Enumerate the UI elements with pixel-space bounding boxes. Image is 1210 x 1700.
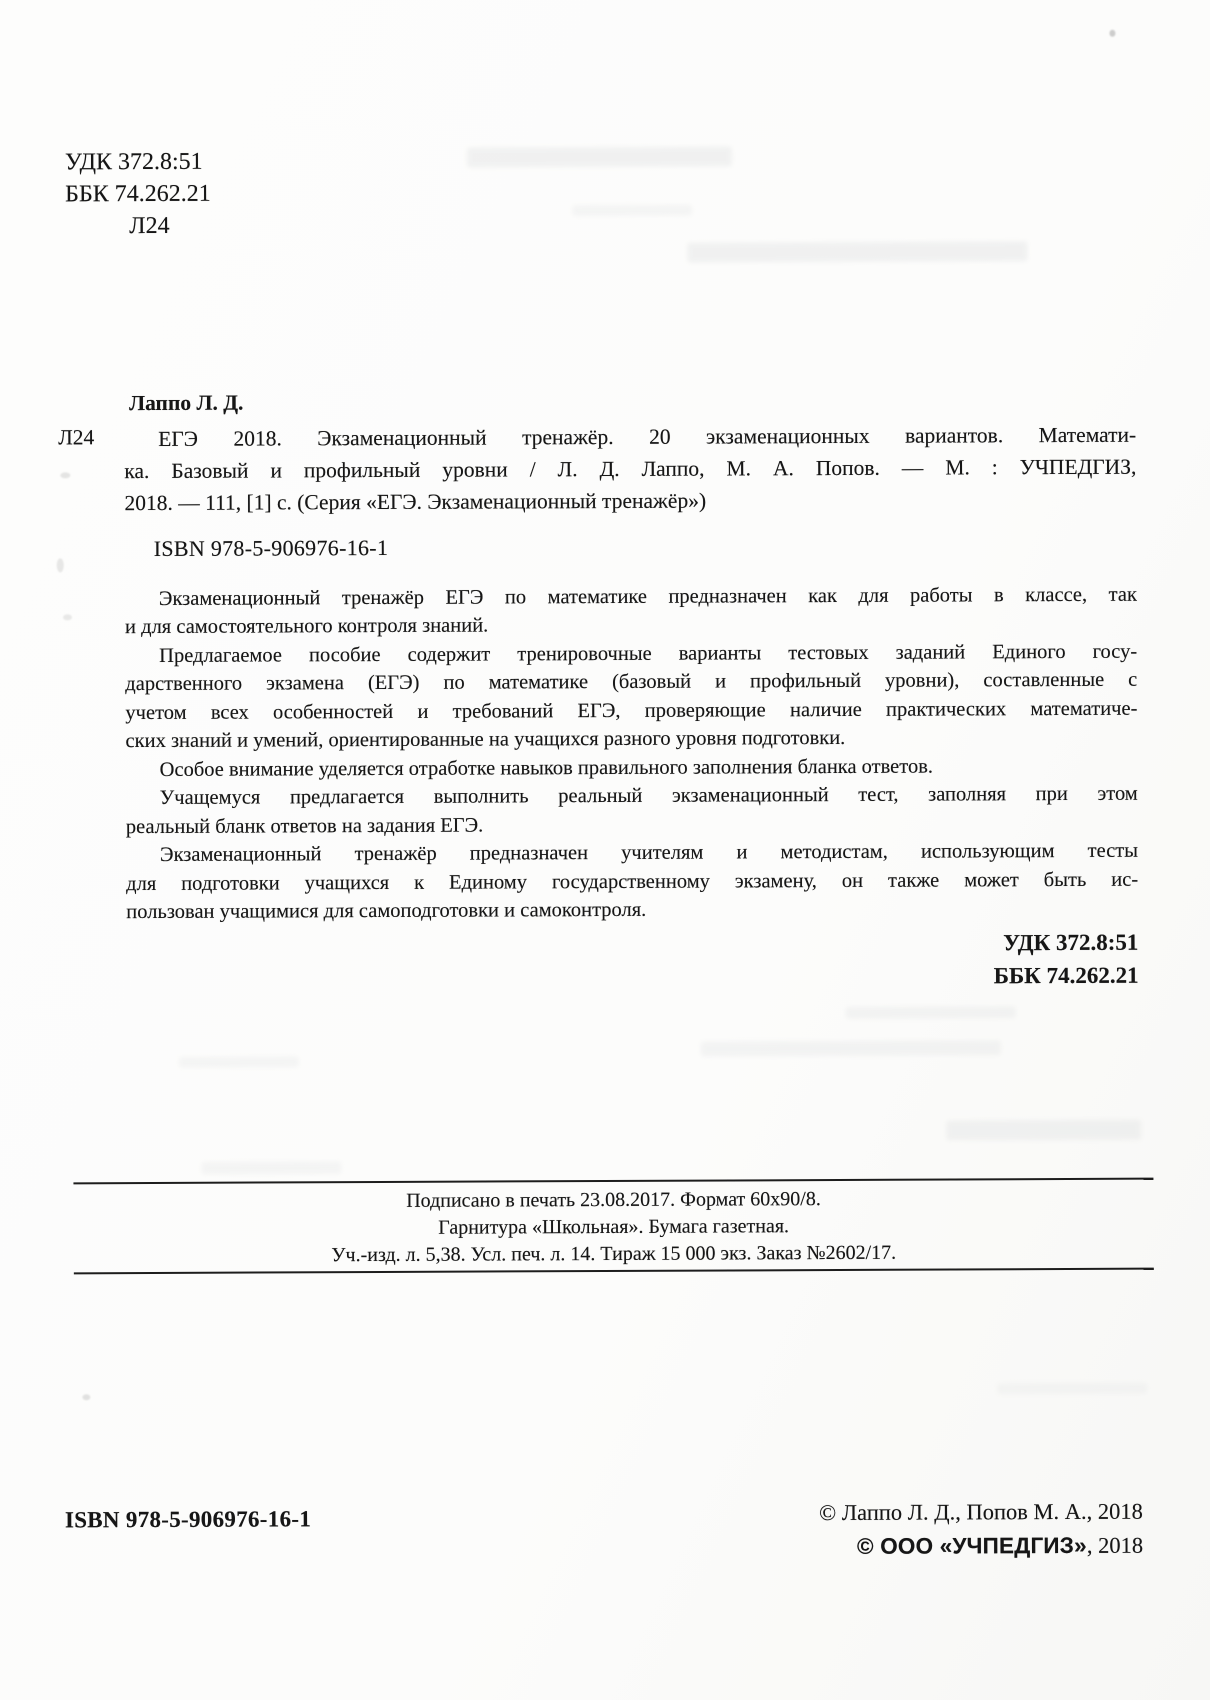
annotation-line: дарственного экзамена (ЕГЭ) по математик… (125, 666, 1137, 699)
scan-artifact (997, 1383, 1147, 1395)
copyright-block: © Лаппо Л. Д., Попов М. А., 2018 © ООО «… (819, 1495, 1143, 1564)
scan-artifact (572, 205, 692, 217)
imprint-rule-top (73, 1178, 1153, 1185)
annotation-line: и для самостоятельного контроля знаний. (125, 609, 1137, 642)
isbn-number: ISBN 978-5-906976-16-1 (154, 535, 389, 562)
bbk-code-top: ББК 74.262.21 (65, 178, 211, 211)
imprint-line: Уч.-изд. л. 5,38. Усл. печ. л. 14. Тираж… (74, 1239, 1154, 1271)
scan-artifact (57, 558, 64, 572)
biblio-line: ЕГЭ 2018. Экзаменационный тренажёр. 20 э… (124, 419, 1136, 455)
footer-isbn-number: ISBN 978-5-906976-16-1 (65, 1506, 311, 1533)
annotation-line: Экзаменационный тренажёр ЕГЭ по математи… (125, 581, 1137, 614)
annotation-line: для подготовки учащихся к Единому госуда… (126, 865, 1138, 898)
annotation-line: Предлагаемое пособие содержит тренировоч… (125, 638, 1137, 671)
annotation-line: Экзаменационный тренажёр предназначен уч… (126, 837, 1138, 870)
scan-artifact (687, 241, 1027, 262)
author-heading: Лаппо Л. Д. (129, 391, 243, 416)
classification-codes-right: УДК 372.8:51 ББК 74.262.21 (993, 926, 1138, 993)
scan-artifact (467, 146, 732, 167)
copyright-publisher: © ООО «УЧПЕДГИЗ», 2018 (819, 1529, 1143, 1564)
annotation-line: реальный бланк ответов на задания ЕГЭ. (126, 808, 1138, 841)
imprint-block: Подписано в печать 23.08.2017. Формат 60… (73, 1185, 1153, 1271)
scan-artifact (63, 614, 72, 620)
scan-artifact (60, 472, 70, 478)
copyright-publisher-name: © ООО «УЧПЕДГИЗ» (857, 1533, 1087, 1559)
scan-artifact (82, 1394, 90, 1400)
annotation-line: пользован учащимися для самоподготовки и… (126, 894, 1138, 927)
annotation-line: Учащемуся предлагается выполнить реальны… (126, 780, 1138, 813)
biblio-line: 2018. — 111, [1] с. (Серия «ЕГЭ. Экзамен… (124, 483, 1136, 519)
annotation-line: Особое внимание уделяется отработке навы… (126, 751, 1138, 784)
bibliographic-description: ЕГЭ 2018. Экзаменационный тренажёр. 20 э… (124, 419, 1136, 519)
udc-code-right: УДК 372.8:51 (993, 926, 1138, 960)
scan-artifact (701, 1040, 1001, 1056)
copyright-authors: © Лаппо Л. Д., Попов М. А., 2018 (819, 1495, 1143, 1530)
biblio-line: ка. Базовый и профильный уровни / Л. Д. … (124, 451, 1136, 487)
scan-artifact (179, 1056, 299, 1068)
scan-artifact (846, 1006, 1016, 1019)
scan-artifact (201, 1161, 341, 1175)
scanned-book-imprint-page: УДК 372.8:51 ББК 74.262.21 Л24 Лаппо Л. … (0, 0, 1210, 1700)
scan-artifact (1109, 30, 1115, 37)
annotation-text: Экзаменационный тренажёр ЕГЭ по математи… (125, 581, 1138, 927)
classification-codes-top: УДК 372.8:51 ББК 74.262.21 Л24 (65, 146, 211, 243)
bbk-code-right: ББК 74.262.21 (994, 959, 1139, 993)
udc-code-top: УДК 372.8:51 (65, 146, 211, 179)
author-sign-code-top: Л24 (65, 210, 211, 243)
margin-author-sign: Л24 (58, 425, 94, 450)
annotation-line: учетом всех особенностей и требований ЕГ… (125, 694, 1137, 727)
annotation-line: ских знаний и умений, ориентированные на… (125, 723, 1137, 756)
scan-content: УДК 372.8:51 ББК 74.262.21 Л24 Лаппо Л. … (0, 0, 1210, 1700)
scan-artifact (946, 1120, 1141, 1141)
copyright-publisher-year: , 2018 (1087, 1533, 1143, 1558)
